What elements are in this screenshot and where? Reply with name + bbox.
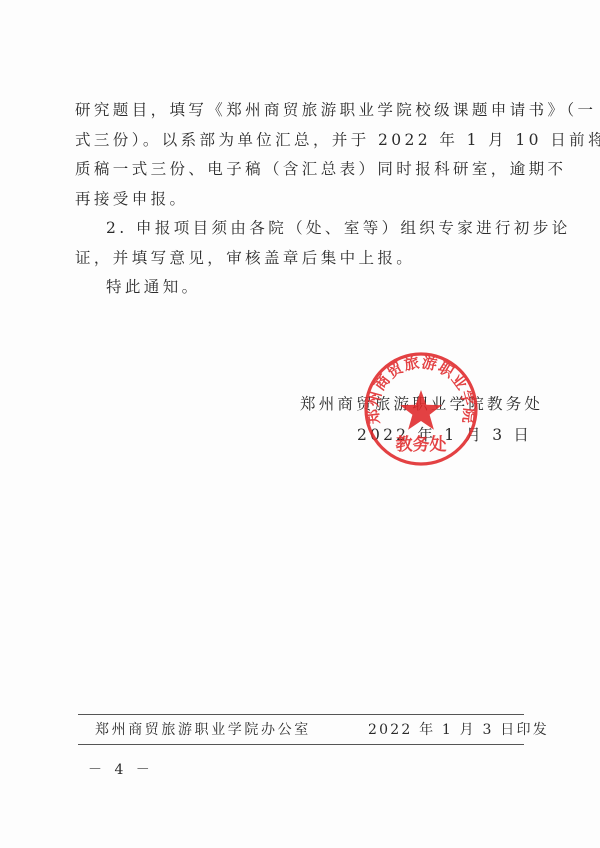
body-line: 研究题目，填写《郑州商贸旅游职业学院校级课题申请书》（一 (75, 96, 530, 126)
item-2-line: 2. 申报项目须由各院（处、室等）组织专家进行初步论 (75, 214, 530, 244)
seal-icon: 郑州商贸旅游职业学院 教务处 (362, 350, 480, 468)
page-number: － 4 － (88, 759, 154, 779)
footer-issue-date: 2022 年 1 月 3 日印发 (368, 719, 549, 739)
document-page: 研究题目，填写《郑州商贸旅游职业学院校级课题申请书》（一 式三份）。以系部为单位… (0, 0, 600, 848)
footer-issuer: 郑州商贸旅游职业学院办公室 (95, 719, 311, 739)
official-seal: 郑州商贸旅游职业学院 教务处 (362, 350, 480, 468)
body-line: 质稿一式三份、电子稿（含汇总表）同时报科研室，逾期不 (75, 155, 530, 185)
body-line: 再接受申报。 (75, 185, 530, 215)
footer-divider-top (78, 714, 524, 715)
item-2-line: 证，并填写意见，审核盖章后集中上报。 (75, 244, 530, 274)
body-line: 式三份）。以系部为单位汇总，并于 2022 年 1 月 10 日前将纸 (75, 126, 530, 156)
star-icon (400, 390, 442, 430)
closing-text: 特此通知。 (75, 273, 530, 303)
document-body: 研究题目，填写《郑州商贸旅游职业学院校级课题申请书》（一 式三份）。以系部为单位… (75, 96, 530, 303)
seal-inner-text: 教务处 (396, 434, 447, 455)
footer-divider-bottom (78, 744, 524, 745)
